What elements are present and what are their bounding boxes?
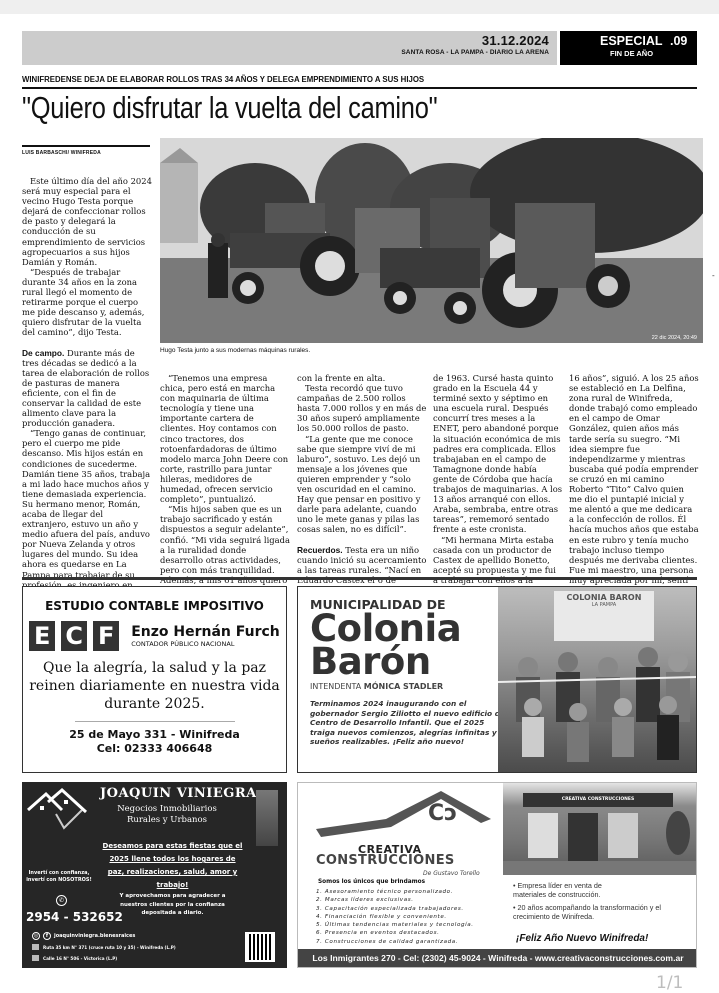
services-intro: Somos los únicos que brindamos [318,879,425,885]
logo-letter: C [61,621,87,651]
page-number: .09 [670,34,687,48]
paragraph: De campo. Durante más de tres décadas se… [22,348,152,429]
byline-rule [22,145,150,147]
article-title: "Quiero disfrutar la vuelta del camino" [22,90,437,126]
building-icon [32,944,39,950]
building-icon [32,955,39,961]
social-handle: joaquinviniegra.bienesraices [54,933,135,939]
subhead-lead: De campo. [22,348,64,358]
paragraph: 16 años”, siguió. A los 25 años se estab… [569,373,699,595]
address-line: Calle 16 N° 506 - Victorica (L.P) [32,955,117,961]
article-column-1: Este último día del año 2024 será muy es… [22,176,152,630]
newspaper-page: 31.12.2024 SANTA ROSA - LA PAMPA - DIARI… [0,0,719,993]
ecf-logo: E C F Enzo Hernán Furch CONTADOR PÚBLICO… [23,621,286,651]
paragraph: “Tenemos una empresa chica, pero está en… [160,373,290,504]
address-line: Ruta 35 km N° 371 (cruce ruta 10 y 35) -… [32,944,176,950]
issue-location: SANTA ROSA - LA PAMPA - DIARIO LA ARENA [401,49,549,56]
cc-monogram-icon: Cↄ [428,801,457,826]
accountant-title: CONTADOR PÚBLICO NACIONAL [131,640,280,648]
margin-mark: - [712,271,715,280]
paragraph: de 1963. Cursé hasta quinto grado en la … [433,373,563,535]
facebook-icon: f [43,932,51,940]
town-name-line2: Barón [310,645,510,678]
ad-ecf-accountant[interactable]: ESTUDIO CONTABLE IMPOSITIVO E C F Enzo H… [22,586,287,773]
brand-owner: De Gustavo Torello [423,870,480,877]
article-column-2: “Tenemos una empresa chica, pero está en… [160,373,290,605]
company-highlights: • Empresa líder en venta de materiales d… [513,881,688,924]
social-links[interactable]: ◎ f joaquinviniegra.bienesraices [32,932,135,940]
ad-colonia-baron[interactable]: MUNICIPALIDAD DE Colonia Barón INTENDENT… [297,586,697,773]
list-item: 7. Construcciones de calidad garantizada… [316,938,474,946]
ad-heading: ESTUDIO CONTABLE IMPOSITIVO [23,599,286,613]
list-item: 6. Presencia en eventos destacados. [316,929,474,937]
services-list: 1. Asesoramiento técnico personalizado. … [316,888,474,946]
paragraph: “Después de trabajar durante 34 años en … [22,267,152,338]
ad-message: Terminamos 2024 inaugurando con el gober… [310,699,510,747]
accountant-name: Enzo Hernán Furch [131,624,280,640]
section-tag: ESPECIAL .09 FIN DE AÑO [560,31,697,65]
viewer-top-strip [0,0,719,14]
subhead-lead: Recuerdos. [297,545,343,555]
article-bottom-rule [22,577,697,580]
highlight: • 20 años acompañando la transformación … [513,903,688,922]
paragraph: con la frente en alta. [297,373,427,383]
list-item: 5. Últimas tendencias materiales y tecno… [316,921,474,929]
article-kicker: WINIFREDENSE DEJA DE ELABORAR ROLLOS TRA… [22,74,630,84]
storefront-photo: CREATIVA CONSTRUCCIONES [503,783,697,875]
roof-logo-icon [316,789,491,841]
ad-creativa-construcciones[interactable]: Cↄ CREATIVA CONSTRUCCIONES De Gustavo To… [297,782,697,968]
page-indicator: 1/1 [656,973,683,993]
paragraph: Testa recordó que tuvo campañas de 2.500… [297,383,427,433]
decorative-bars [256,790,278,846]
divider [75,721,235,722]
qr-code-icon[interactable] [245,932,275,962]
paragraph: Este último día del año 2024 será muy es… [22,176,152,267]
photo-timestamp: 22 dic 2024, 20:49 [652,335,697,341]
inauguration-photo: COLONIA BARON LA PAMPA [498,587,697,773]
mayor-line: INTENDENTA MÓNICA STADLER [310,682,510,691]
ad-greeting: ¡Feliz Año Nuevo Winifreda! [516,933,648,944]
kicker-rule [22,87,697,89]
logo-letter: E [29,621,55,651]
section-name: ESPECIAL [600,34,663,48]
logo-letter: F [93,621,119,651]
tractors-photo-illustration [160,138,703,343]
ad-viniegra-real-estate[interactable]: JOAQUIN VINIEGRA Negocios Inmobiliarios … [22,782,287,968]
byline: LUIS BARBASCHI/ WINIFREDA [22,150,101,156]
house-logo-icon [26,788,90,830]
ad-phone[interactable]: 2954 - 532652 [26,910,123,924]
article-column-5: 16 años”, siguió. A los 25 años se estab… [569,373,699,595]
highlight: • Empresa líder en venta de materiales d… [513,881,623,900]
invest-slogan: Invertí con confianza, invertí con NOSOT… [24,870,94,884]
article-photo: 22 dic 2024, 20:49 [160,138,703,343]
crowd-illustration [498,587,697,773]
ad-address: 25 de Mayo 331 - Winifreda [23,728,286,742]
photo-caption: Hugo Testa junto a sus modernas máquinas… [160,347,310,354]
instagram-icon: ◎ [32,932,40,940]
ad-thanks: Y aprovechamos para agradecer a nuestros… [110,892,235,918]
article-column-4: de 1963. Cursé hasta quinto grado en la … [433,373,563,605]
paragraph: “La gente que me conoce sabe que siempre… [297,434,427,535]
header-band: 31.12.2024 SANTA ROSA - LA PAMPA - DIARI… [22,31,557,65]
article-column-3: con la frente en alta. Testa recordó que… [297,373,427,595]
whatsapp-icon: ✆ [56,895,67,906]
issue-date: 31.12.2024 [482,33,549,48]
agency-tagline: Negocios Inmobiliarios Rurales y Urbanos [112,804,222,826]
list-item: 4. Financiación flexible y conveniente. [316,913,474,921]
list-item: 3. Capacitación especializada trabajador… [316,905,474,913]
ad-message: Que la alegría, la salud y la paz reinen… [23,659,286,713]
ad-wish: Deseamos para estas fiestas que el 2025 … [100,840,245,892]
contact-bar[interactable]: Los Inmigrantes 270 - Cel: (2302) 45-902… [298,949,697,967]
agency-name: JOAQUIN VINIEGRA [100,786,257,801]
storefront-illustration [503,783,697,875]
list-item: 2. Marcas líderes exclusivas. [316,896,474,904]
ad-phone: Cel: 02333 406648 [23,742,286,756]
subsection-name: FIN DE AÑO [610,49,653,58]
list-item: 1. Asesoramiento técnico personalizado. [316,888,474,896]
brand-line2: CONSTRUCCIONES [316,853,455,868]
